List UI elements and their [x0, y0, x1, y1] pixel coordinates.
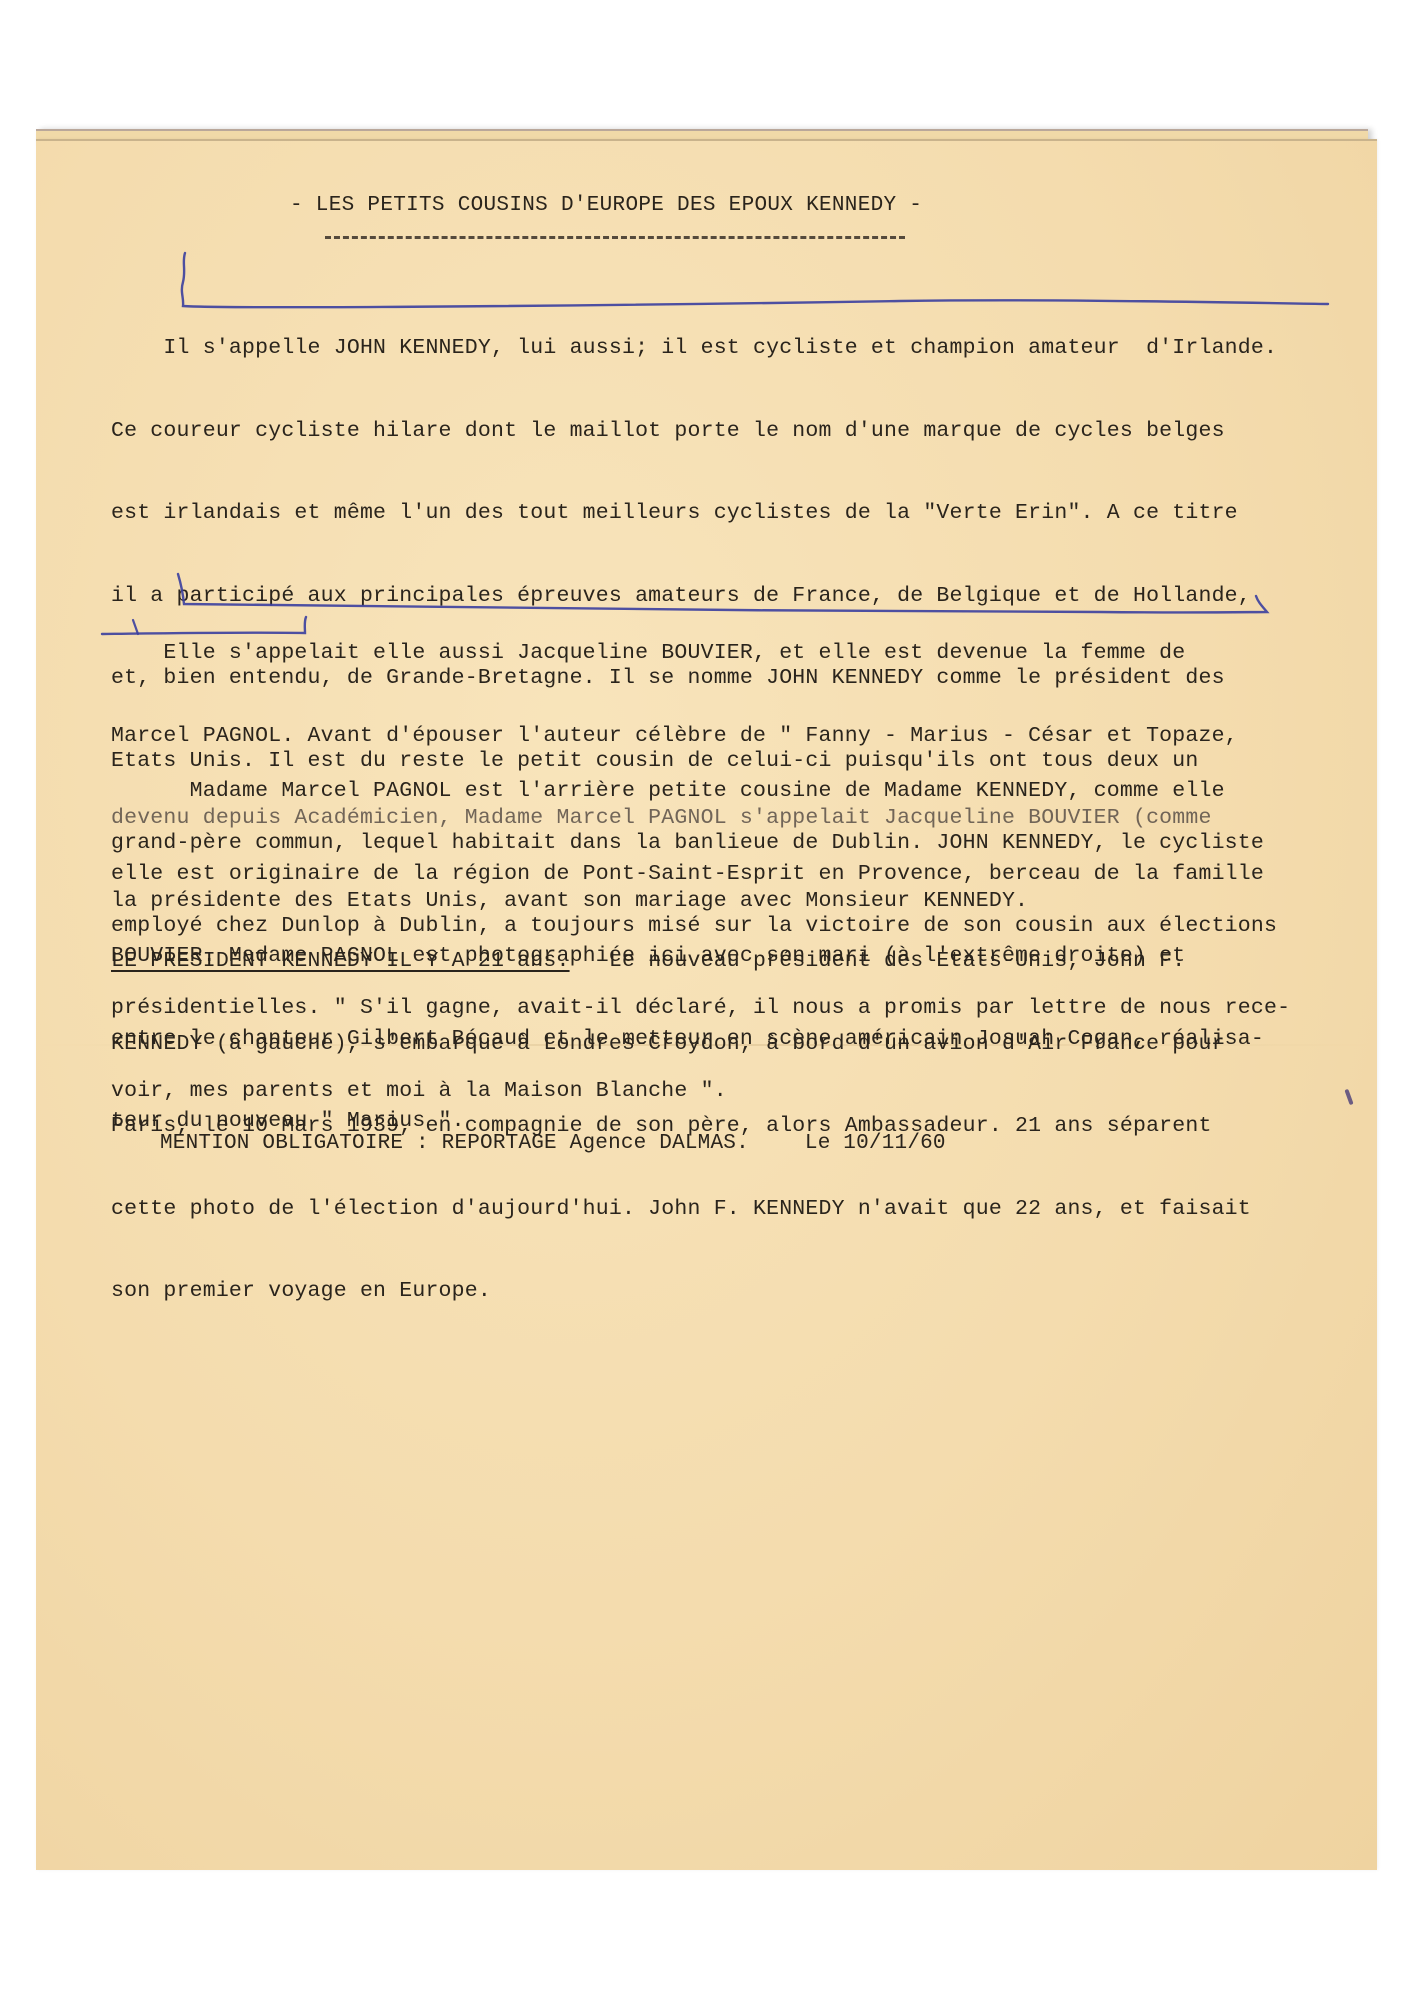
- section-heading: LE PRESIDENT KENNEDY IL Y A 21 ans.: [111, 949, 570, 973]
- text-line: LE PRESIDENT KENNEDY IL Y A 21 ans. Le n…: [111, 948, 1251, 976]
- text-line: son premier voyage en Europe.: [111, 1278, 1251, 1306]
- text-line: est irlandais et même l'un des tout meil…: [111, 500, 1290, 528]
- text-line: Il s'appelle JOHN KENNEDY, lui aussi; il…: [111, 335, 1290, 363]
- document-title: - LES PETITS COUSINS D'EUROPE DES EPOUX …: [290, 192, 922, 220]
- text-line: cette photo de l'élection d'aujourd'hui.…: [111, 1196, 1251, 1224]
- text-line: elle est originaire de la région de Pont…: [111, 861, 1264, 889]
- text-line: KENNEDY (à gauche), s'embarque à Londres…: [111, 1031, 1251, 1059]
- text-line-continuation: Le nouveau président des Etats-Unis, Joh…: [570, 949, 1186, 973]
- document-date: Le 10/11/60: [805, 1132, 946, 1155]
- text-line: Ce coureur cycliste hilare dont le maill…: [111, 418, 1290, 446]
- mandatory-credit: MENTION OBLIGATOIRE : REPORTAGE Agence D…: [160, 1132, 749, 1155]
- text-line: Madame Marcel PAGNOL est l'arrière petit…: [111, 778, 1264, 806]
- title-underline-rule: [325, 236, 905, 239]
- text-line: Elle s'appelait elle aussi Jacqueline BO…: [111, 640, 1238, 668]
- paragraph-president-1939: LE PRESIDENT KENNEDY IL Y A 21 ans. Le n…: [111, 893, 1251, 1333]
- credit-line: MENTION OBLIGATOIRE : REPORTAGE Agence D…: [160, 1130, 946, 1158]
